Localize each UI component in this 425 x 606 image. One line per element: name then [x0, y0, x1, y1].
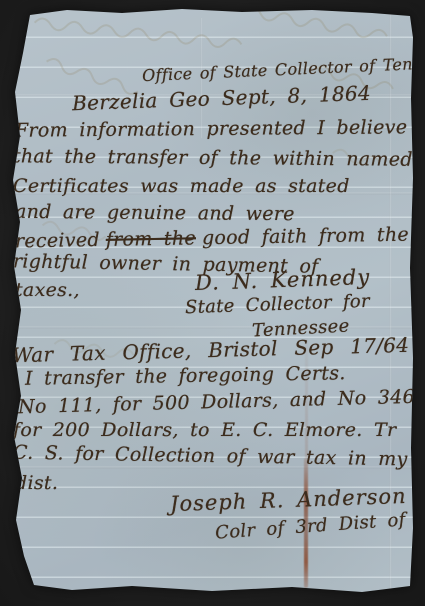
- body-line-segment: good faith from the: [202, 224, 409, 250]
- wartax-heading: War Tax Office, Bristol Sep 17/64: [12, 335, 410, 365]
- endorsement-line: No 111, for 500 Dollars, and No 346: [18, 388, 415, 417]
- body-line-segment: received: [15, 229, 100, 252]
- office-heading: Office of State Collector of Tenn: [142, 56, 424, 84]
- dateline: Berzelia Geo Sept, 8, 1864: [72, 83, 372, 113]
- body-line: Certificates was made as stated: [13, 177, 350, 196]
- endorsement-line: dist.: [15, 474, 58, 493]
- body-line: taxes.,: [15, 281, 80, 300]
- body-line: that the transfer of the within named: [13, 147, 413, 169]
- struck-word: from the: [106, 227, 197, 251]
- scanned-letter-photo: Office of State Collector of Tenn Berzel…: [0, 0, 425, 606]
- kennedy-title-line1: State Collector for: [185, 293, 370, 317]
- bleedthrough-squiggle: [31, 11, 252, 58]
- body-line: From information presented I believe: [15, 118, 407, 140]
- body-line: and are genuine and were: [15, 203, 295, 224]
- bleedthrough-squiggle: [241, 0, 393, 49]
- endorsement-line: I transfer the foregoing Certs.: [25, 364, 346, 389]
- body-line-with-strike: receivedfrom thegood faith from the: [15, 226, 409, 252]
- endorsement-line: for 200 Dollars, to E. C. Elmore. Tr: [13, 421, 396, 440]
- letter-paper: Office of State Collector of Tenn Berzel…: [12, 8, 413, 592]
- fold-crease-horizontal: [12, 326, 413, 329]
- paper-shadow-wrap: Office of State Collector of Tenn Berzel…: [12, 8, 413, 592]
- endorsement-line: C. S. for Collection of war tax in my: [13, 444, 408, 470]
- kennedy-signature: D. N. Kennedy: [195, 267, 371, 294]
